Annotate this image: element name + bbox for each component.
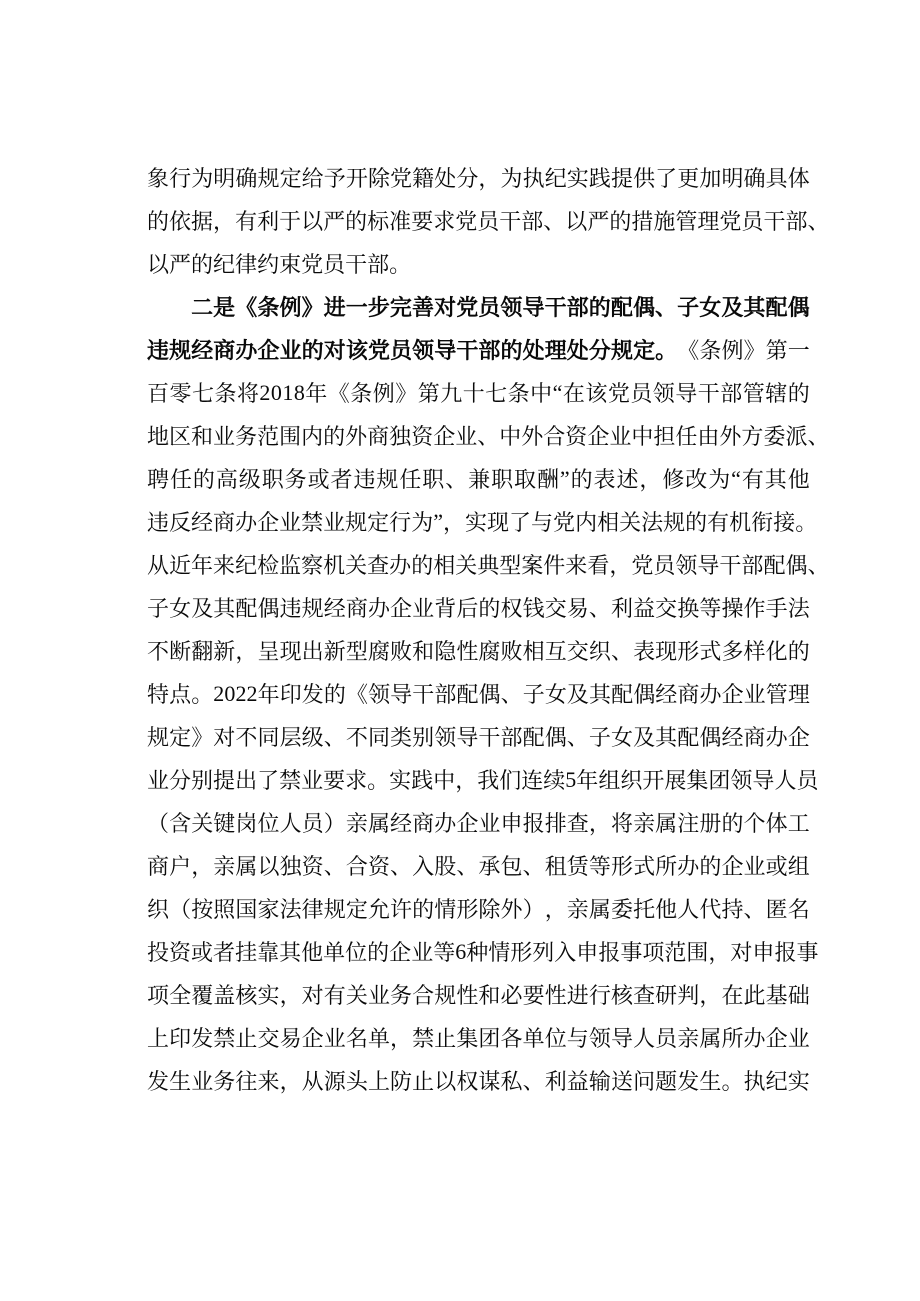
text-line: 百零七条将2018年《条例》第九十七条中“在该党员领导干部管辖的 [147, 371, 810, 414]
text-line: 违反经商办企业禁业规定行为”，实现了与党内相关法规的有机衔接。 [147, 500, 810, 543]
text-line: 业分别提出了禁业要求。实践中，我们连续5年组织开展集团领导人员 [147, 758, 810, 801]
text-line: （含关键岗位人员）亲属经商办企业申报排查，将亲属注册的个体工 [147, 801, 810, 844]
text-line: 特点。2022年印发的《领导干部配偶、子女及其配偶经商办企业管理 [147, 672, 810, 715]
text-line: 投资或者挂靠其他单位的企业等6种情形列入申报事项范围，对申报事 [147, 930, 810, 973]
first-line-indent [147, 306, 191, 307]
document-body: 象行为明确规定给予开除党籍处分，为执纪实践提供了更加明确具体的依据，有利于以严的… [147, 156, 810, 1102]
text-line: 上印发禁止交易企业名单，禁止集团各单位与领导人员亲属所办企业 [147, 1016, 810, 1059]
text-line: 违规经商办企业的对该党员领导干部的处理处分规定。《条例》第一 [147, 328, 810, 371]
text-line: 织（按照国家法律规定允许的情形除外），亲属委托他人代持、匿名 [147, 887, 810, 930]
text-line: 二是《条例》进一步完善对党员领导干部的配偶、子女及其配偶 [147, 285, 810, 328]
document-page: 象行为明确规定给予开除党籍处分，为执纪实践提供了更加明确具体的依据，有利于以严的… [0, 0, 920, 1301]
text-line: 商户，亲属以独资、合资、入股、承包、租赁等形式所办的企业或组 [147, 844, 810, 887]
text-line: 子女及其配偶违规经商办企业背后的权钱交易、利益交换等操作手法 [147, 586, 810, 629]
text-line: 从近年来纪检监察机关查办的相关典型案件来看，党员领导干部配偶、 [147, 543, 810, 586]
text-line: 以严的纪律约束党员干部。 [147, 242, 810, 285]
text-line: 不断翻新，呈现出新型腐败和隐性腐败相互交织、表现形式多样化的 [147, 629, 810, 672]
text-line: 聘任的高级职务或者违规任职、兼职取酬”的表述，修改为“有其他 [147, 457, 810, 500]
text-line: 项全覆盖核实，对有关业务合规性和必要性进行核查研判，在此基础 [147, 973, 810, 1016]
text-line: 规定》对不同层级、不同类别领导干部配偶、子女及其配偶经商办企 [147, 715, 810, 758]
text-line: 发生业务往来，从源头上防止以权谋私、利益输送问题发生。执纪实 [147, 1059, 810, 1102]
text-line: 的依据，有利于以严的标准要求党员干部、以严的措施管理党员干部、 [147, 199, 810, 242]
text-line: 象行为明确规定给予开除党籍处分，为执纪实践提供了更加明确具体 [147, 156, 810, 199]
text-line: 地区和业务范围内的外商独资企业、中外合资企业中担任由外方委派、 [147, 414, 810, 457]
